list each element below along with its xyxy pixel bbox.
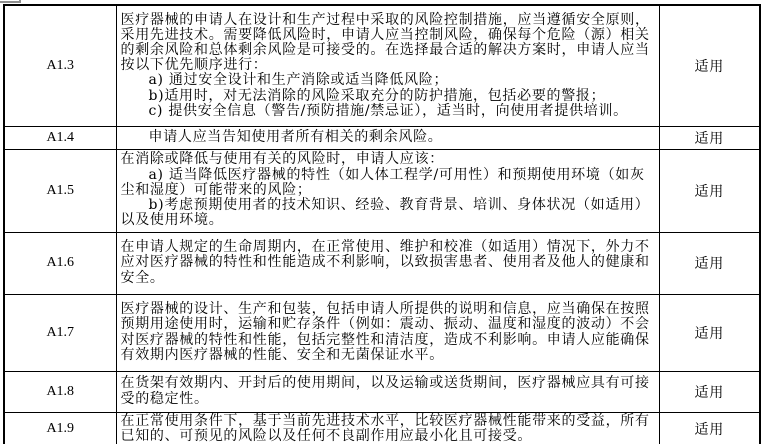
table-row: A1.5 在消除或降低与使用有关的风险时，申请人应该：a) 适当降低医疗器械的特… <box>4 149 760 232</box>
document-page: A1.3 医疗器械的申请人在设计和生产过程中采取的风险控制措施，应当遵循安全原则… <box>0 0 763 444</box>
applicability-value: 适用 <box>659 294 760 371</box>
item-id: A1.5 <box>4 149 116 232</box>
requirement-paragraph: c) 提供安全信息（警告/预防措施/禁忌证），适当时，向使用者提供培训。 <box>121 104 654 119</box>
applicability-value: 适用 <box>659 5 760 126</box>
requirement-text-cell: 申请人应当告知使用者所有相关的剩余风险。 <box>116 126 659 149</box>
requirement-paragraph: b)考虑预期使用者的技术知识、经验、教育背景、培训、身体状况（如适用）以及使用环… <box>121 198 654 228</box>
requirement-text-cell: 在消除或降低与使用有关的风险时，申请人应该：a) 适当降低医疗器械的特性（如人体… <box>116 149 659 232</box>
requirement-paragraph: 在正常使用条件下，基于当前先进技术水平，比较医疗器械性能带来的受益，所有已知的、… <box>121 414 654 444</box>
item-id: A1.8 <box>4 371 116 412</box>
requirement-paragraph: 在货架有效期内、开封后的使用期间，以及运输或送货期间，医疗器械应具有可接受的稳定… <box>121 376 654 406</box>
table-row: A1.6 在申请人规定的生命周期内，在正常使用、维护和校准（如适用）情况下，外力… <box>4 232 760 294</box>
requirement-paragraph: a) 适当降低医疗器械的特性（如人体工程学/可用性）和预期使用环境（如灰尘和湿度… <box>121 168 654 198</box>
requirement-paragraph: 医疗器械的申请人在设计和生产过程中采取的风险控制措施，应当遵循安全原则，采用先进… <box>121 13 654 74</box>
item-id: A1.9 <box>4 412 116 444</box>
requirement-paragraph: 在申请人规定的生命周期内，在正常使用、维护和校准（如适用）情况下，外力不应对医疗… <box>121 240 654 286</box>
requirement-text-cell: 在申请人规定的生命周期内，在正常使用、维护和校准（如适用）情况下，外力不应对医疗… <box>116 232 659 294</box>
item-id: A1.3 <box>4 5 116 126</box>
previous-row-border-fragment <box>0 0 21 3</box>
requirements-table: A1.3 医疗器械的申请人在设计和生产过程中采取的风险控制措施，应当遵循安全原则… <box>3 4 761 444</box>
requirement-paragraph: b)适用时，对无法消除的风险采取充分的防护措施，包括必要的警报； <box>121 89 654 104</box>
requirement-paragraph: 申请人应当告知使用者所有相关的剩余风险。 <box>121 130 654 145</box>
applicability-value: 适用 <box>659 232 760 294</box>
table-row: A1.3 医疗器械的申请人在设计和生产过程中采取的风险控制措施，应当遵循安全原则… <box>4 5 760 126</box>
requirement-paragraph: 在消除或降低与使用有关的风险时，申请人应该： <box>121 152 654 167</box>
item-id: A1.4 <box>4 126 116 149</box>
item-id: A1.6 <box>4 232 116 294</box>
requirement-text-cell: 在正常使用条件下，基于当前先进技术水平，比较医疗器械性能带来的受益，所有已知的、… <box>116 412 659 444</box>
table-row: A1.8 在货架有效期内、开封后的使用期间，以及运输或送货期间，医疗器械应具有可… <box>4 371 760 412</box>
applicability-value: 适用 <box>659 371 760 412</box>
requirement-text-cell: 医疗器械的申请人在设计和生产过程中采取的风险控制措施，应当遵循安全原则，采用先进… <box>116 5 659 126</box>
item-id: A1.7 <box>4 294 116 371</box>
requirement-text-cell: 在货架有效期内、开封后的使用期间，以及运输或送货期间，医疗器械应具有可接受的稳定… <box>116 371 659 412</box>
applicability-value: 适用 <box>659 412 760 444</box>
table-row: A1.4 申请人应当告知使用者所有相关的剩余风险。 适用 <box>4 126 760 149</box>
applicability-value: 适用 <box>659 126 760 149</box>
requirement-paragraph: 医疗器械的设计、生产和包装，包括申请人所提供的说明和信息，应当确保在按照预期用途… <box>121 302 654 363</box>
applicability-value: 适用 <box>659 149 760 232</box>
requirement-text-cell: 医疗器械的设计、生产和包装，包括申请人所提供的说明和信息，应当确保在按照预期用途… <box>116 294 659 371</box>
table-row: A1.9 在正常使用条件下，基于当前先进技术水平，比较医疗器械性能带来的受益，所… <box>4 412 760 444</box>
requirements-table-body: A1.3 医疗器械的申请人在设计和生产过程中采取的风险控制措施，应当遵循安全原则… <box>4 5 760 444</box>
requirement-paragraph: a) 通过安全设计和生产消除或适当降低风险； <box>121 73 654 88</box>
table-row: A1.7 医疗器械的设计、生产和包装，包括申请人所提供的说明和信息，应当确保在按… <box>4 294 760 371</box>
